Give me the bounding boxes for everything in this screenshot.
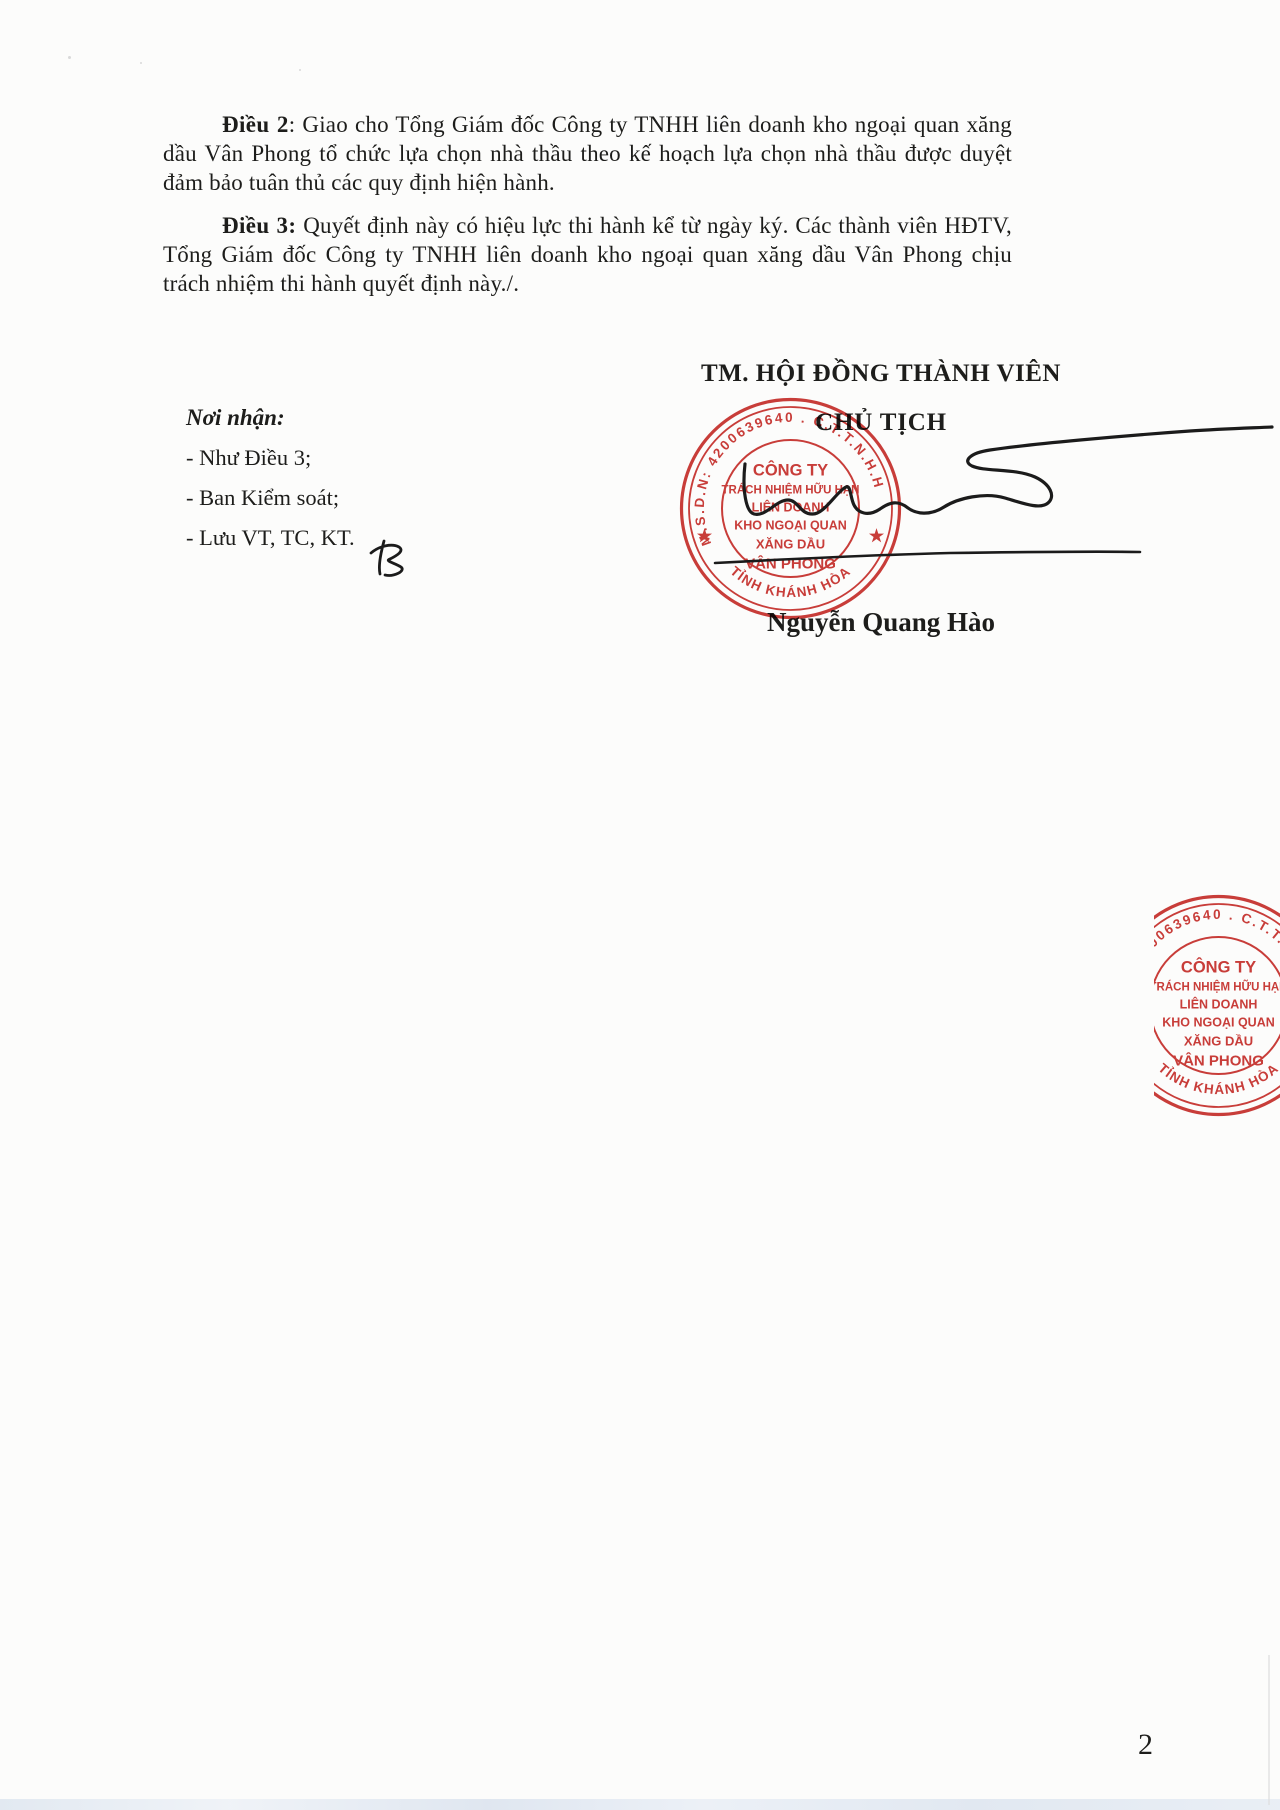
scanned-document-page: { "document": { "paragraphs": [ { "lead"… [0,0,1280,1810]
paragraph-dieu-3: Điều 3: Quyết định này có hiệu lực thi h… [163,211,1012,298]
paragraph-lead: Điều 2 [222,112,289,137]
seal-line: XĂNG DẦU [756,537,825,552]
initials-mark [371,541,402,575]
seal-line: VÂN PHONG [745,555,836,573]
scan-speck [140,62,142,64]
seal-line: CÔNG TY [753,461,828,480]
star-icon: ★ [869,527,885,546]
paragraph-dieu-2: Điều 2: Giao cho Tổng Giám đốc Công ty T… [163,110,1012,197]
scan-speck [299,69,301,71]
recipients-heading: Nơi nhận: [186,405,355,431]
edge-seal-clip: M.S.D.N: 4200639640 . C.T.T.N.H.H TỈNH K… [1154,880,1280,1125]
seal-line: TRÁCH NHIỆM HỮU HẠN [1154,981,1280,994]
seal-line: XĂNG DẦU [1184,1034,1253,1049]
recipients-block: Nơi nhận: - Như Điều 3; - Ban Kiểm soát;… [186,405,355,551]
seal-line: LIÊN DOANH [1180,997,1258,1012]
recipient-item: - Như Điều 3; [186,445,355,471]
paragraph-lead: Điều 3: [222,213,296,238]
scan-bottom-strip [0,1799,1280,1810]
seal-line: CÔNG TY [1181,958,1256,977]
seal-line: TRÁCH NHIỆM HỮU HẠN [722,484,860,497]
company-seal: M.S.D.N: 4200639640 . C.T.T.N.H.H TỈNH K… [677,395,904,622]
seal-line: LIÊN DOANH [752,500,830,515]
star-icon: ★ [697,527,713,546]
recipient-item: - Ban Kiểm soát; [186,485,355,511]
company-seal-edge: M.S.D.N: 4200639640 . C.T.T.N.H.H TỈNH K… [1154,892,1280,1119]
document-body: Điều 2: Giao cho Tổng Giám đốc Công ty T… [163,110,1012,298]
paragraph-text: : Giao cho Tổng Giám đốc Công ty TNHH li… [163,112,1012,195]
recipient-item: - Lưu VT, TC, KT. [186,525,355,551]
seal-line: KHO NGOẠI QUAN [1162,1016,1275,1030]
scan-speck [68,56,71,59]
scan-edge-shadow [1268,1655,1270,1805]
signing-authority: TM. HỘI ĐỒNG THÀNH VIÊN [640,360,1122,388]
page-number: 2 [1138,1728,1153,1762]
seal-line: KHO NGOẠI QUAN [734,519,847,533]
seal-line: VÂN PHONG [1173,1052,1264,1070]
